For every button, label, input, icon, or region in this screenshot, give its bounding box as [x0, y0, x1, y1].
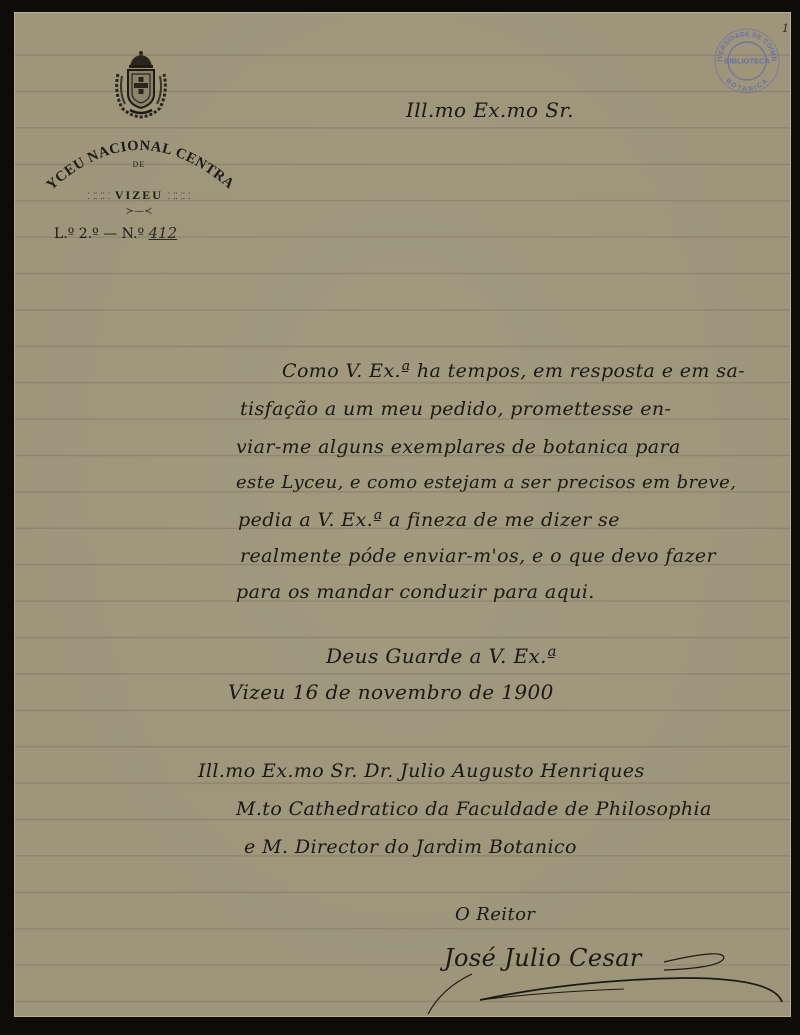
- body-line-1: Como V. Ex.ª ha tempos, em resposta e em…: [282, 360, 745, 382]
- addressee-line-3: e M. Director do Jardim Botanico: [244, 836, 577, 858]
- city-name: VIZEU: [115, 188, 163, 202]
- svg-text:LYCEU NACIONAL CENTRAL: LYCEU NACIONAL CENTRAL: [44, 118, 237, 193]
- portuguese-royal-coat-of-arms-icon: [110, 50, 172, 120]
- valediction: Deus Guarde a V. Ex.ª: [326, 644, 557, 668]
- addressee-line-1: Ill.mo Ex.mo Sr. Dr. Julio Augusto Henri…: [198, 760, 645, 782]
- ornament-left: ⸬⸬⸬: [88, 191, 110, 201]
- svg-text:BIBLIOTECA: BIBLIOTECA: [724, 57, 770, 66]
- book-label: L.º 2.º: [54, 226, 99, 242]
- body-line-4: este Lyceu, e como estejam a ser preciso…: [236, 472, 736, 493]
- salutation: Ill.mo Ex.mo Sr.: [406, 98, 574, 122]
- ref-dash: —: [103, 226, 117, 242]
- handwritten-number: 412: [148, 224, 177, 242]
- place-and-date: Vizeu 16 de novembro de 1900: [228, 680, 554, 704]
- body-line-6: realmente póde enviar-m'os, e o que devo…: [240, 545, 716, 567]
- reference-number: L.º 2.º — N.º 412: [54, 224, 177, 242]
- library-stamp: UNIVERSIDADE DE COIMBRA BIBLIOTECA BOTAN…: [712, 26, 782, 96]
- number-label: N.º: [122, 226, 144, 242]
- letterhead: LYCEU NACIONAL CENTRAL DE ⸬⸬⸬ VIZEU ⸬⸬⸬ …: [44, 48, 244, 258]
- letter-sheet: LYCEU NACIONAL CENTRAL DE ⸬⸬⸬ VIZEU ⸬⸬⸬ …: [14, 12, 791, 1017]
- letterhead-city: ⸬⸬⸬ VIZEU ⸬⸬⸬: [44, 188, 234, 203]
- page-number: 1: [782, 22, 789, 35]
- ornament-right: ⸬⸬⸬: [168, 191, 190, 201]
- body-line-2: tisfação a um meu pedido, promettesse en…: [240, 398, 671, 420]
- body-line-7: para os mandar conduzir para aqui.: [236, 581, 595, 603]
- body-line-5: pedia a V. Ex.ª a fineza de me dizer se: [238, 509, 620, 531]
- ornament-divider-icon: ≻—≺: [44, 206, 234, 217]
- institution-name-arched: LYCEU NACIONAL CENTRAL: [44, 118, 244, 198]
- addressee-line-2: M.to Cathedratico da Faculdade de Philos…: [236, 798, 712, 820]
- signature-flourish-icon: [424, 942, 800, 1022]
- scanned-document: LYCEU NACIONAL CENTRAL DE ⸬⸬⸬ VIZEU ⸬⸬⸬ …: [0, 0, 800, 1035]
- body-line-3: viar-me alguns exemplares de botanica pa…: [236, 436, 681, 458]
- letterhead-de: DE: [44, 160, 234, 169]
- signatory-title: O Reitor: [455, 904, 535, 925]
